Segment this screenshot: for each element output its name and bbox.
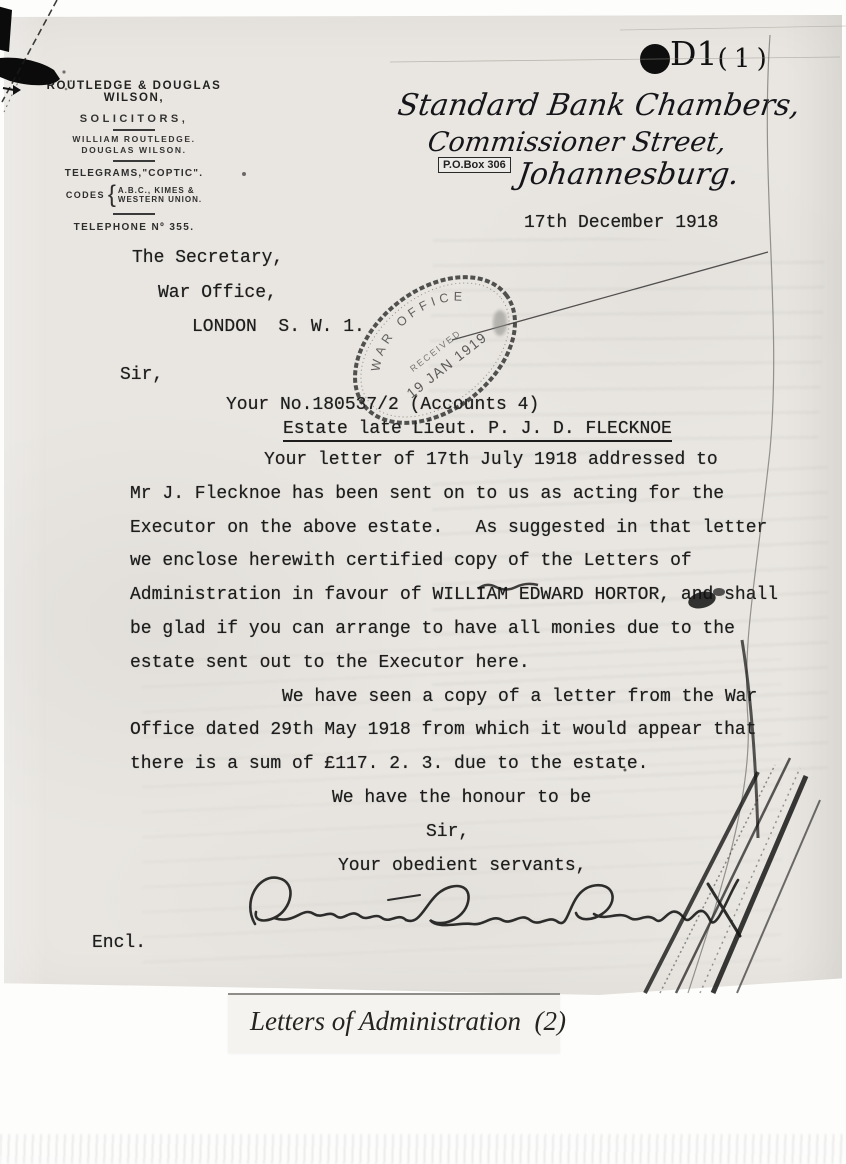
codes-line: A.B.C., KIMES & <box>118 186 202 196</box>
next-page-edge-texture <box>0 1134 846 1164</box>
subject-line-underlined: Estate late Lieut. P. J. D. FLECKNOE <box>283 419 672 442</box>
ink-dot-icon <box>640 44 670 74</box>
body-line: estate sent out to the Executor here. <box>130 647 790 681</box>
caption-text: Letters of Administration (2) <box>228 995 560 1037</box>
body-line: there is a sum of £117. 2. 3. due to the… <box>130 748 790 782</box>
telegrams-line: TELEGRAMS,"COPTIC". <box>18 168 250 179</box>
closing-line: We have the honour to be <box>130 782 790 816</box>
address-line-1: Standard Bank Chambers, <box>396 88 803 123</box>
reference-line: Your No.180537/2 (Accounts 4) <box>226 395 539 415</box>
codes-row: CODES { A.B.C., KIMES & WESTERN UNION. <box>18 181 250 209</box>
codes-label: CODES <box>66 190 105 200</box>
folio-suffix: ( 1 ) <box>717 36 765 82</box>
closing-line: Sir, <box>130 816 790 850</box>
folio-code: D1 <box>670 36 717 72</box>
telephone-line: TELEPHONE Nº 355. <box>18 222 250 233</box>
letter-body: Your letter of 17th July 1918 addressed … <box>130 444 790 883</box>
body-line: Executor on the above estate. As suggest… <box>130 512 790 546</box>
recipient-line: LONDON S. W. 1. <box>192 317 365 337</box>
partner-name: DOUGLAS WILSON. <box>18 145 250 156</box>
archive-caption-label: Letters of Administration (2) <box>228 993 560 1053</box>
body-line: Administration in favour of WILLIAM EDWA… <box>130 579 790 613</box>
body-line: be glad if you can arrange to have all m… <box>130 613 790 647</box>
recipient-line: War Office, <box>158 283 277 303</box>
folio-mark: D1 ( 1 ) <box>640 36 766 82</box>
body-line: Your letter of 17th July 1918 addressed … <box>130 444 790 478</box>
body-line: we enclose herewith certified copy of th… <box>130 545 790 579</box>
address-line-3: Johannesburg. <box>516 157 742 192</box>
po-box-stamp: P.O.Box 306 <box>438 157 511 173</box>
firm-profession: SOLICITORS, <box>18 113 250 125</box>
body-line: We have seen a copy of a letter from the… <box>130 681 790 715</box>
letterhead-left: ROUTLEDGE & DOUGLAS WILSON, SOLICITORS, … <box>18 80 250 233</box>
letter-date: 17th December 1918 <box>524 213 718 233</box>
salutation: Sir, <box>120 365 163 385</box>
divider <box>113 129 155 131</box>
closing-line: Your obedient servants, <box>130 850 790 884</box>
partner-name: WILLIAM ROUTLEDGE. <box>18 134 250 145</box>
brace-glyph: { <box>108 181 116 209</box>
divider <box>113 160 155 162</box>
recipient-line: The Secretary, <box>132 248 283 268</box>
scanned-letter-page: ROUTLEDGE & DOUGLAS WILSON, SOLICITORS, … <box>0 0 846 1164</box>
body-line: Mr J. Flecknoe has been sent on to us as… <box>130 478 790 512</box>
body-line: Office dated 29th May 1918 from which it… <box>130 714 790 748</box>
address-line-2: Commissioner Street, <box>426 127 728 158</box>
codes-lines: A.B.C., KIMES & WESTERN UNION. <box>118 186 202 205</box>
codes-line: WESTERN UNION. <box>118 195 202 205</box>
enclosure-note: Encl. <box>92 933 146 953</box>
divider <box>113 213 155 215</box>
firm-name: ROUTLEDGE & DOUGLAS WILSON, <box>18 80 250 104</box>
